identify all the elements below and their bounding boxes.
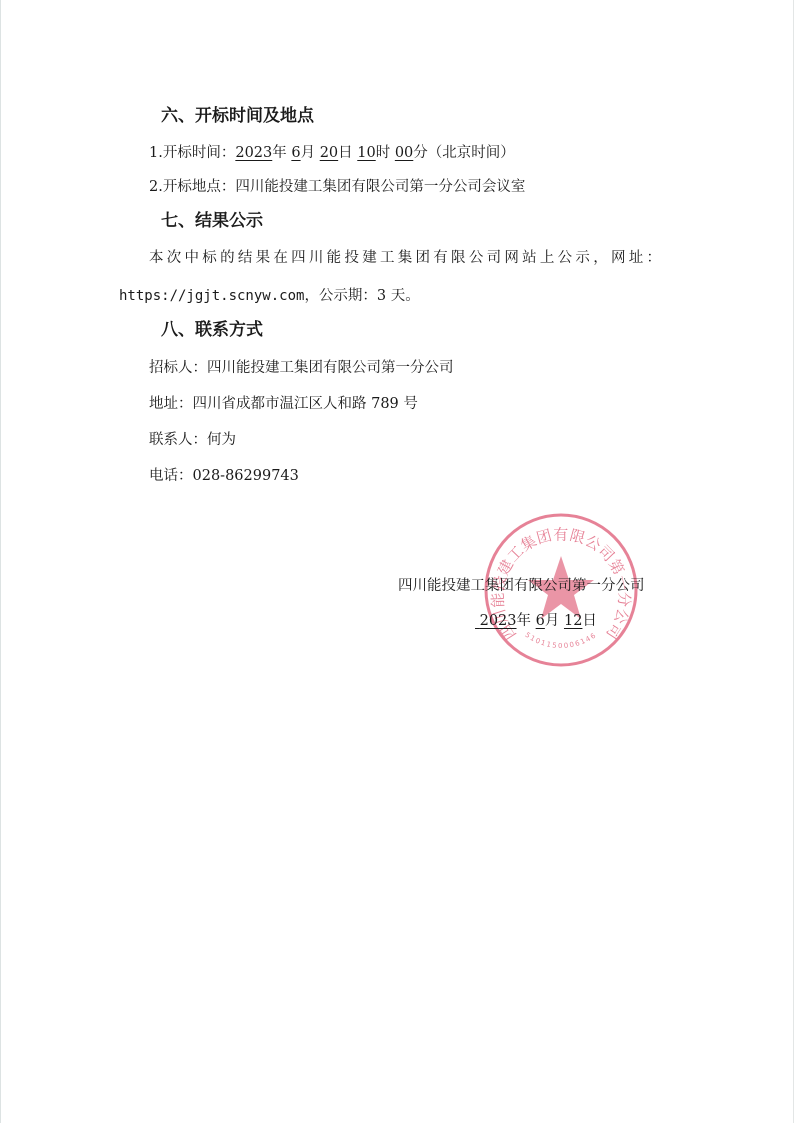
signature-day: 12: [564, 613, 582, 629]
month-unit: 月: [301, 145, 316, 161]
signature-year-unit: 年: [517, 613, 532, 629]
signature-month: 6: [536, 613, 545, 629]
bid-opening-minute: 00: [395, 145, 413, 161]
bid-opening-place-value: 四川能投建工集团有限公司第一分公司会议室: [235, 179, 525, 195]
day-unit: 日: [338, 145, 353, 161]
bid-opening-day: 20: [320, 145, 338, 161]
tenderer-value: 四川能投建工集团有限公司第一分公司: [207, 360, 454, 376]
website-link[interactable]: https://jgjt.scnyw.com: [119, 288, 304, 304]
section-heading-bid-opening: 六、开标时间及地点: [161, 106, 314, 126]
bid-opening-time-label: 1.开标时间：: [149, 145, 235, 161]
bid-opening-hour: 10: [357, 145, 375, 161]
signature-month-unit: 月: [545, 613, 560, 629]
hour-unit: 时: [376, 145, 391, 161]
publicity-period: ，公示期：3 天。: [304, 288, 419, 304]
bid-opening-year: 2023: [235, 145, 272, 161]
seal-code: 5101150006146: [524, 631, 599, 650]
contact-person-label: 联系人：: [149, 432, 207, 448]
signature-day-unit: 日: [582, 613, 597, 629]
bid-opening-place-label: 2.开标地点：: [149, 179, 235, 195]
bid-opening-time-line: 1.开标时间：2023年 6月 20日 10时 00分（北京时间）: [149, 144, 515, 162]
result-publicity-paragraph-line2: https://jgjt.scnyw.com，公示期：3 天。: [119, 287, 420, 305]
year-unit: 年: [272, 145, 287, 161]
bid-opening-place-line: 2.开标地点：四川能投建工集团有限公司第一分公司会议室: [149, 178, 525, 196]
phone-value: 028-86299743: [193, 468, 299, 484]
address-label: 地址：: [149, 396, 193, 412]
address-value: 四川省成都市温江区人和路 789 号: [193, 396, 418, 412]
tenderer-label: 招标人：: [149, 360, 207, 376]
minute-unit: 分（北京时间）: [413, 145, 515, 161]
result-publicity-paragraph-line1: 本次中标的结果在四川能投建工集团有限公司网站上公示，网址：: [149, 249, 661, 267]
address-line: 地址：四川省成都市温江区人和路 789 号: [149, 395, 418, 413]
tenderer-line: 招标人：四川能投建工集团有限公司第一分公司: [149, 359, 454, 377]
svg-text:5101150006146: 5101150006146: [524, 631, 599, 650]
bid-opening-month: 6: [291, 145, 300, 161]
phone-label: 电话：: [149, 468, 193, 484]
section-heading-contact: 八、联系方式: [161, 320, 263, 340]
signature-date: 2023年 6月 12日: [475, 612, 597, 630]
contact-person-value: 何为: [207, 432, 236, 448]
document-page: 六、开标时间及地点 1.开标时间：2023年 6月 20日 10时 00分（北京…: [0, 0, 794, 1123]
section-heading-result-publicity: 七、结果公示: [161, 211, 263, 231]
contact-person-line: 联系人：何为: [149, 431, 236, 449]
phone-line: 电话：028-86299743: [149, 467, 299, 485]
signature-company: 四川能投建工集团有限公司第一分公司: [398, 577, 645, 595]
signature-year: 2023: [475, 613, 517, 629]
